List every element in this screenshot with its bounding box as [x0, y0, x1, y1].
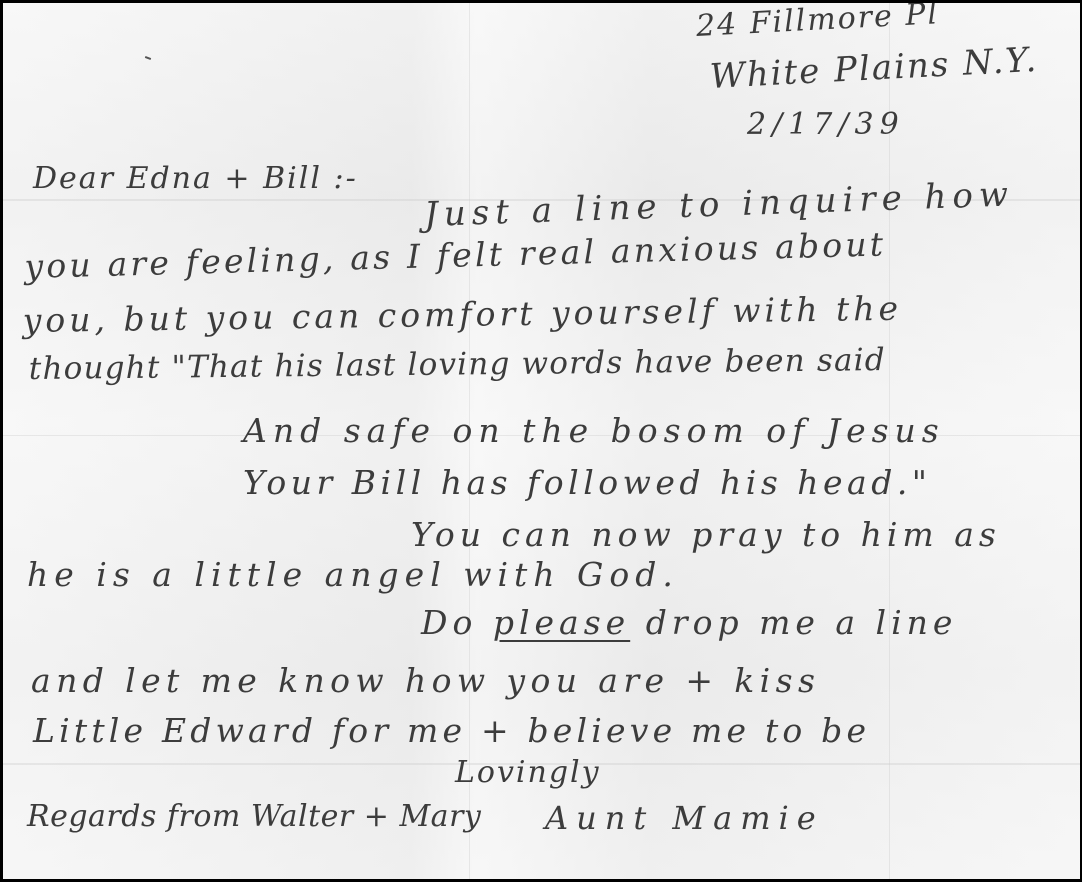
emphasis-suffix: drop me a line — [646, 603, 958, 642]
regards-line: Regards from Walter + Mary — [27, 799, 481, 834]
body-line-6: Your Bill has followed his head." — [243, 463, 932, 502]
salutation: Dear Edna + Bill :- — [33, 161, 358, 196]
ink-mark — [145, 56, 151, 60]
body-line-9: Do please drop me a line — [421, 603, 957, 642]
signature: Aunt Mamie — [545, 799, 824, 837]
letter-page: 24 Fillmore Pl White Plains N.Y. 2/17/39… — [3, 3, 1080, 879]
body-line-1: Just a line to inquire how — [424, 174, 1015, 235]
body-line-10: and let me know how you are + kiss — [31, 661, 820, 700]
body-line-5: And safe on the bosom of Jesus — [243, 411, 945, 450]
letter-date: 2/17/39 — [747, 107, 905, 142]
body-line-8: he is a little angel with God. — [27, 555, 679, 594]
body-line-3: you, but you can comfort yourself with t… — [22, 289, 902, 340]
closing: Lovingly — [455, 755, 601, 790]
body-line-7: You can now pray to him as — [411, 515, 1001, 554]
body-line-4: thought "That his last loving words have… — [29, 342, 886, 387]
emphasis-prefix: Do — [421, 603, 477, 642]
address-city: White Plains N.Y. — [709, 40, 1039, 97]
address-street: 24 Fillmore Pl — [695, 3, 940, 44]
body-line-11: Little Edward for me + believe me to be — [33, 711, 870, 750]
emphasis-underlined-word: please — [493, 603, 630, 642]
